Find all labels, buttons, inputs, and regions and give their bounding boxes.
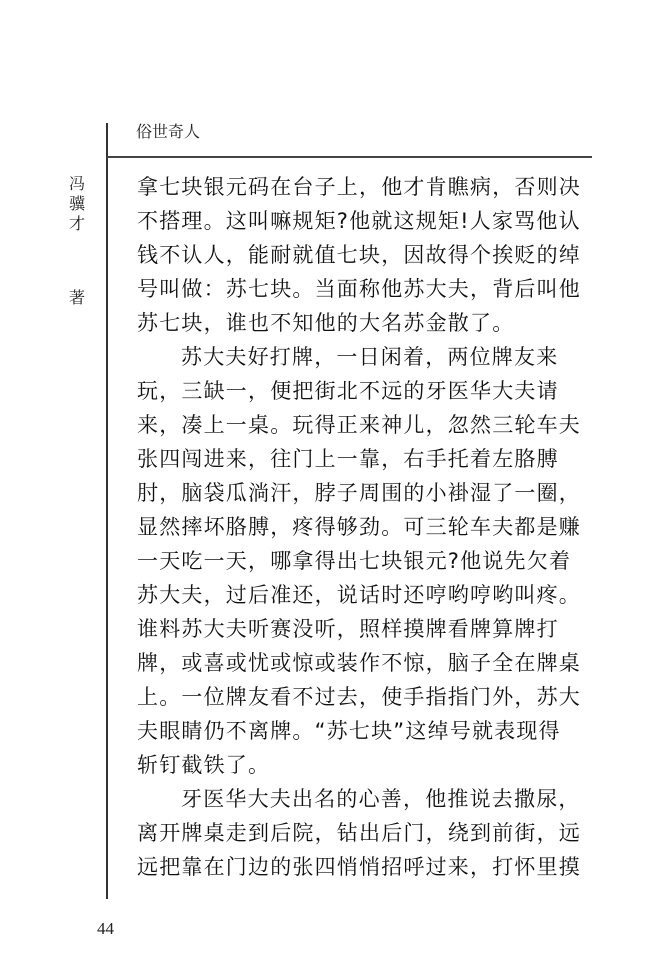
text-line: 来，凑上一桌。玩得正来神儿，忽然三轮车夫 [137, 408, 593, 442]
text-line: 张四闯进来，往门上一靠，右手托着左胳膊 [137, 442, 593, 476]
text-line: 苏七块，谁也不知他的大名苏金散了。 [137, 306, 593, 340]
header-horizontal-rule [107, 156, 592, 158]
text-line: 钱不认人，能耐就值七块，因故得个挨贬的绰 [137, 238, 593, 272]
text-line: 谁料苏大夫听赛没听，照样摸牌看牌算牌打 [137, 612, 593, 646]
paragraph-start-line: 苏大夫好打牌，一日闲着，两位牌友来 [137, 340, 593, 374]
text-line: 一天吃一天，哪拿得出七块银元?他说先欠着 [137, 544, 593, 578]
text-line: 玩，三缺一，便把街北不远的牙医华大夫请 [137, 374, 593, 408]
page-number: 44 [97, 919, 114, 939]
running-head-title: 俗世奇人 [136, 122, 200, 142]
text-line: 号叫做：苏七块。当面称他苏大夫，背后叫他 [137, 272, 593, 306]
author-name: 冯 骥 才 [66, 174, 88, 234]
author-role: 著 [66, 288, 88, 308]
author-char: 冯 [66, 174, 88, 194]
text-line: 斩钉截铁了。 [137, 748, 593, 782]
text-line: 上。一位牌友看不过去，使手指指门外，苏大 [137, 680, 593, 714]
text-line: 拿七块银元码在台子上，他才肯瞧病，否则决 [137, 170, 593, 204]
margin-vertical-rule [106, 123, 108, 899]
text-line: 苏大夫，过后准还，说话时还哼哟哼哟叫疼。 [137, 578, 593, 612]
text-line: 远把靠在门边的张四悄悄招呼过来，打怀里摸 [137, 850, 593, 884]
text-line: 不搭理。这叫嘛规矩?他就这规矩!人家骂他认 [137, 204, 593, 238]
body-text: 拿七块银元码在台子上，他才肯瞧病，否则决 不搭理。这叫嘛规矩?他就这规矩!人家骂… [137, 170, 593, 884]
text-line: 牌，或喜或忧或惊或装作不惊，脑子全在牌桌 [137, 646, 593, 680]
text-line: 离开牌桌走到后院，钻出后门，绕到前街，远 [137, 816, 593, 850]
text-line: 显然摔坏胳膊，疼得够劲。可三轮车夫都是赚 [137, 510, 593, 544]
text-line: 夫眼睛仍不离牌。“苏七块”这绰号就表现得 [137, 714, 593, 748]
text-line: 肘，脑袋瓜淌汗，脖子周围的小褂湿了一圈， [137, 476, 593, 510]
author-char: 骥 [66, 194, 88, 214]
author-char: 才 [66, 214, 88, 234]
paragraph-start-line: 牙医华大夫出名的心善，他推说去撒尿， [137, 782, 593, 816]
